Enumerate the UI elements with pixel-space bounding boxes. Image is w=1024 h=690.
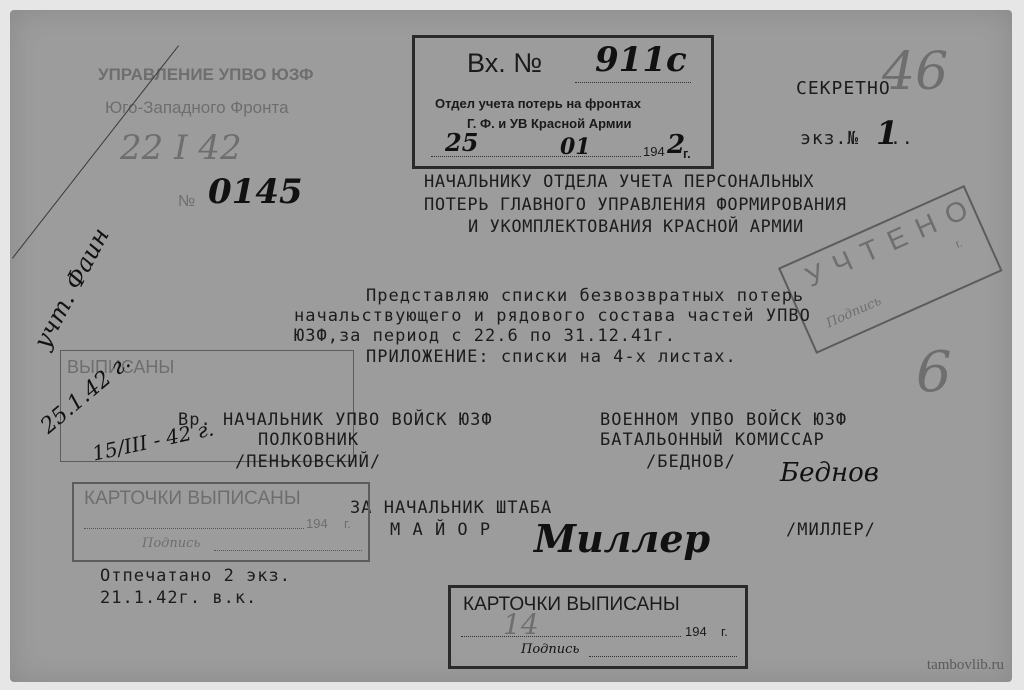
- cards-stamp-right-signature-label: Подпись: [521, 642, 580, 657]
- right-signature: Беднов: [780, 458, 879, 488]
- right-signatory-name: /БЕДНОВ/: [646, 452, 736, 472]
- number-prefix: №: [178, 193, 195, 211]
- cards-stamp-right-title: КАРТОЧКИ ВЫПИСАНЫ: [463, 594, 680, 616]
- right-signatory-title: ВОЕННОМ УПВО ВОЙСК ЮЗФ: [600, 410, 847, 430]
- printed-copies-line: Отпечатано 2 экз.: [100, 566, 291, 586]
- watermark: tambovlib.ru: [927, 657, 1004, 674]
- left-signatory-name: /ПЕНЬКОВСКИЙ/: [235, 452, 381, 472]
- cards-stamp-left: КАРТОЧКИ ВЫПИСАНЫ 194 г. Подпись: [72, 482, 370, 562]
- secret-label: СЕКРЕТНО: [796, 78, 891, 99]
- chief-signature: Миллер: [534, 516, 710, 561]
- addressee-line3: И УКОМПЛЕКТОВАНИЯ КРАСНОЙ АРМИИ: [468, 217, 804, 237]
- incoming-stamp: Вх. № 911с Отдел учета потерь на фронтах…: [412, 35, 714, 169]
- incoming-year-prefix: 194: [643, 144, 665, 159]
- incoming-year-unit: г.: [683, 146, 691, 161]
- unit-stamp-line2: Юго-Западного Фронта: [105, 98, 289, 118]
- chief-name: /МИЛЛЕР/: [786, 520, 876, 540]
- cards-stamp-left-year-unit: г.: [344, 516, 351, 531]
- copy-trailer: ..: [890, 128, 914, 149]
- cards-stamp-right: КАРТОЧКИ ВЫПИСАНЫ 14 194 г. Подпись: [448, 585, 748, 669]
- printed-date-line: 21.1.42г. в.к.: [100, 588, 257, 608]
- unit-stamp-line1: УПРАВЛЕНИЕ УПВО ЮЗФ: [98, 65, 313, 85]
- unit-stamp-date: 22 I 42: [120, 128, 242, 168]
- uchteno-year-unit: г.: [953, 236, 964, 251]
- cards-stamp-right-year-unit: г.: [721, 624, 728, 639]
- cards-stamp-left-signature-label: Подпись: [142, 536, 201, 551]
- body-line2: начальствующего и рядового состава часте…: [294, 306, 811, 326]
- chief-rank: М А Й О Р: [390, 520, 491, 540]
- cards-stamp-left-year: 194: [306, 516, 328, 531]
- uchteno-handwritten-number: 6: [916, 340, 952, 405]
- incoming-dept-line2: Г. Ф. и УВ Красной Армии: [467, 116, 631, 131]
- copy-label: экз.№: [800, 128, 859, 149]
- incoming-label: Вх. №: [467, 48, 542, 79]
- document-page: УПРАВЛЕНИЕ УПВО ЮЗФ Юго-Западного Фронта…: [10, 10, 1012, 682]
- uchteno-signature-label: Подпись: [824, 294, 884, 332]
- left-signatory-title: Вр. НАЧАЛЬНИК УПВО ВОЙСК ЮЗФ: [178, 410, 493, 430]
- body-line3: ЮЗФ,за период с 22.6 по 31.12.41г.: [294, 326, 676, 346]
- outgoing-number: 0145: [208, 172, 303, 212]
- cards-stamp-left-title: КАРТОЧКИ ВЫПИСАНЫ: [84, 488, 301, 510]
- cards-stamp-right-year: 194: [685, 624, 707, 639]
- right-signatory-rank: БАТАЛЬОННЫЙ КОМИССАР: [600, 430, 825, 450]
- page-number-handwritten: 46: [882, 42, 948, 102]
- incoming-dept-line1: Отдел учета потерь на фронтах: [435, 96, 641, 111]
- incoming-day: 25: [445, 128, 478, 157]
- body-line4: ПРИЛОЖЕНИЕ: списки на 4-х листах.: [366, 347, 737, 367]
- addressee-line2: ПОТЕРЬ ГЛАВНОГО УПРАВЛЕНИЯ ФОРМИРОВАНИЯ: [424, 195, 847, 215]
- addressee-line1: НАЧАЛЬНИКУ ОТДЕЛА УЧЕТА ПЕРСОНАЛЬНЫХ: [424, 172, 814, 192]
- incoming-number: 911с: [595, 40, 687, 80]
- margin-note-accounted: учт. Фаин: [28, 223, 115, 353]
- chief-title: ЗА НАЧАЛЬНИК ШТАБА: [350, 498, 552, 518]
- left-signatory-rank: ПОЛКОВНИК: [258, 430, 359, 450]
- body-line1: Представляю списки безвозвратных потерь: [366, 286, 804, 306]
